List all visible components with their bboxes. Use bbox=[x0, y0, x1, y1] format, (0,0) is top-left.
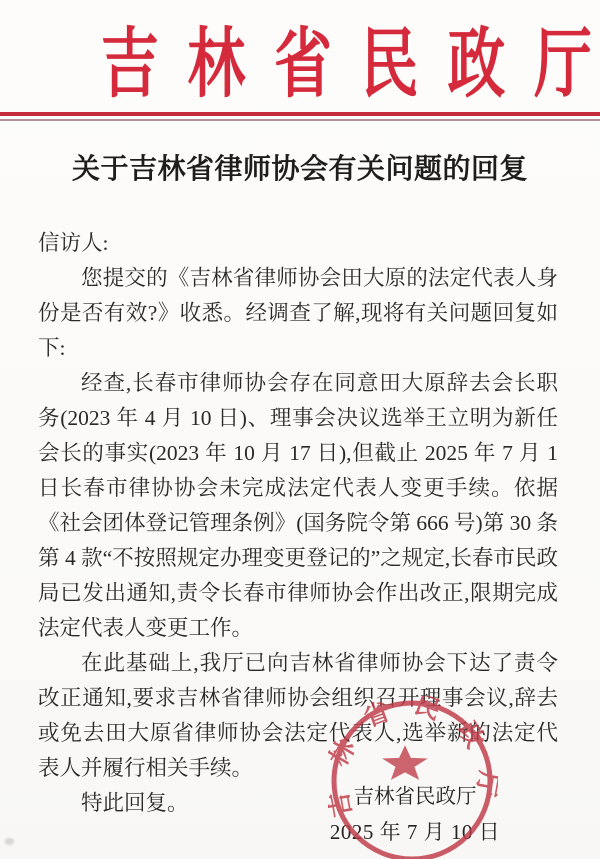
letter-body: 信访人: 您提交的《吉林省律师协会田大原的法定代表人身份是否有效?》收悉。经调查… bbox=[38, 226, 558, 821]
document-title: 关于吉林省律师协会有关问题的回复 bbox=[0, 151, 600, 189]
letterhead-divider-thick-line bbox=[0, 112, 600, 116]
official-letter-page: 吉林省民政厅 关于吉林省律师协会有关问题的回复 信访人: 您提交的《吉林省律师协… bbox=[0, 0, 600, 859]
letterhead-divider bbox=[0, 112, 600, 121]
paragraph-findings: 经查,长春市律师协会存在同意田大原辞去会长职务(2023 年 4 月 10 日)… bbox=[38, 366, 558, 646]
letterhead-divider-thin-line bbox=[0, 119, 600, 121]
signature-agency: 吉林省民政厅 bbox=[295, 781, 535, 814]
salutation: 信访人: bbox=[38, 226, 558, 261]
paragraph-intro: 您提交的《吉林省律师协会田大原的法定代表人身份是否有效?》收悉。经调查了解,现将… bbox=[38, 261, 558, 366]
signature-date: 2025 年 7 月 10 日 bbox=[295, 816, 535, 849]
photo-smudge-artifact bbox=[5, 838, 14, 845]
letterhead-agency-name: 吉林省民政厅 bbox=[72, 24, 528, 106]
signature-block: 吉林省民政厅 2025 年 7 月 10 日 bbox=[295, 781, 535, 849]
paragraph-actions: 在此基础上,我厅已向吉林省律师协会下达了责令改正通知,要求吉林省律师协会组织召开… bbox=[38, 646, 558, 786]
